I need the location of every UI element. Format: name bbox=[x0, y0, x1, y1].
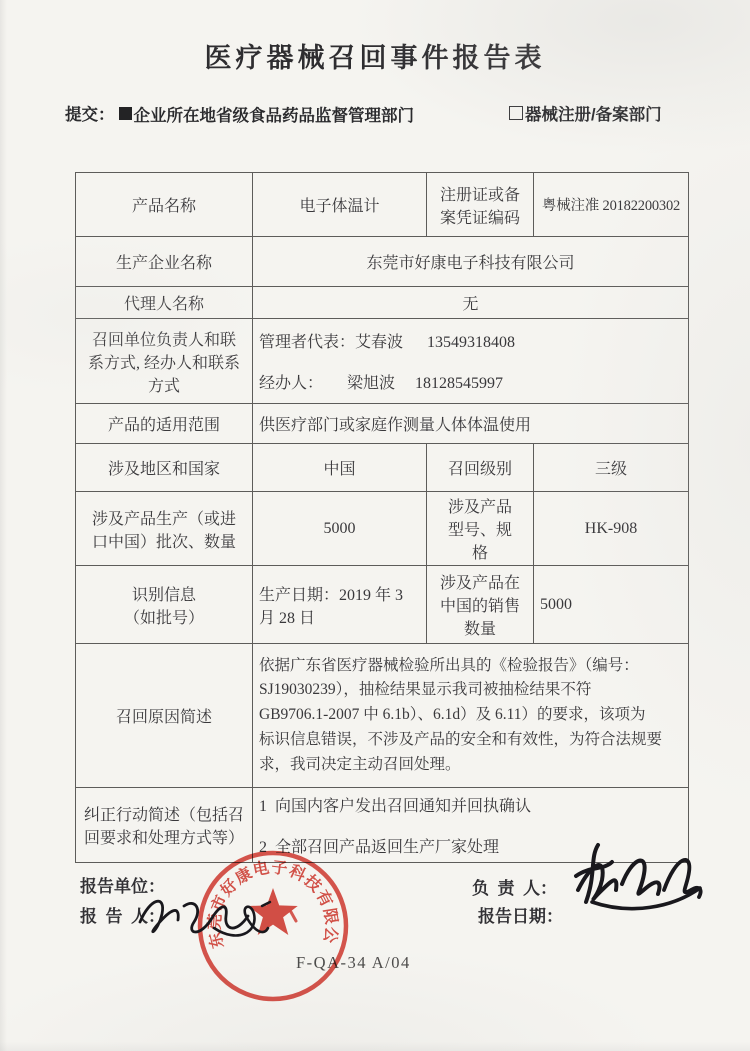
value-manufacturer-name: 东莞市好康电子科技有限公司 bbox=[253, 237, 689, 287]
value-model-spec: HK-908 bbox=[534, 492, 689, 566]
table-row: 召回单位负责人和联 系方式, 经办人和联系 方式 管理者代表：艾春波 13549… bbox=[76, 319, 689, 404]
label-corrective-action: 纠正行动简述（包括召 回要求和处理方式等） bbox=[76, 788, 253, 863]
stamp-star-icon bbox=[248, 888, 297, 935]
label-product-name: 产品名称 bbox=[76, 173, 253, 237]
table-row: 产品名称 电子体温计 注册证或备 案凭证编码 粤械注准 20182200302 bbox=[76, 173, 689, 237]
label-regions-countries: 涉及地区和国家 bbox=[76, 444, 253, 492]
label-agent-name: 代理人名称 bbox=[76, 287, 253, 319]
form-code: F-QA-34 A/04 bbox=[296, 953, 411, 973]
value-china-sales-quantity: 5000 bbox=[534, 566, 689, 644]
action-line-1: 1 向国内客户发出召回通知并回执确认 bbox=[259, 793, 682, 816]
stamp-circle bbox=[200, 853, 346, 999]
table-row: 代理人名称 无 bbox=[76, 287, 689, 319]
table-row: 涉及产品生产（或进 口中国）批次、数量 5000 涉及产品 型号、规 格 HK-… bbox=[76, 492, 689, 566]
submit-option2-label: 器械注册/备案部门 bbox=[525, 101, 662, 125]
label-recall-reason: 召回原因简述 bbox=[76, 644, 253, 788]
value-corrective-action: 1 向国内客户发出召回通知并回执确认 2 全部召回产品返回生产厂家处理 bbox=[253, 788, 689, 863]
table-row: 涉及地区和国家 中国 召回级别 三级 bbox=[76, 444, 689, 492]
value-registration-number: 粤械注准 20182200302 bbox=[534, 173, 689, 237]
label-recall-contacts: 召回单位负责人和联 系方式, 经办人和联系 方式 bbox=[76, 319, 253, 404]
reporter-label: 报 告 人： bbox=[80, 902, 165, 927]
table-row: 生产企业名称 东莞市好康电子科技有限公司 bbox=[76, 237, 689, 287]
checkbox-unchecked-icon bbox=[509, 106, 523, 120]
table-row: 召回原因简述 依据广东省医疗器械检验所出具的《检验报告》（编号： SJ19030… bbox=[76, 644, 689, 788]
submit-option-province: 企业所在地省级食品药品监督管理部门 bbox=[115, 102, 415, 126]
label-batch-quantity: 涉及产品生产（或进 口中国）批次、数量 bbox=[76, 492, 253, 566]
report-unit-label: 报告单位： bbox=[80, 872, 165, 897]
value-intended-use: 供医疗部门或家庭作测量人体体温使用 bbox=[253, 404, 689, 444]
value-agent-name: 无 bbox=[253, 287, 689, 319]
table-row: 识别信息 （如批号） 生产日期：2019 年 3 月 28 日 涉及产品在 中国… bbox=[76, 566, 689, 644]
contact-line-handler: 经办人： 梁旭波 18128545997 bbox=[259, 370, 682, 393]
table-row: 产品的适用范围 供医疗部门或家庭作测量人体体温使用 bbox=[76, 404, 689, 444]
value-production-date: 生产日期：2019 年 3 月 28 日 bbox=[253, 566, 427, 644]
label-recall-level: 召回级别 bbox=[427, 444, 534, 492]
value-regions-countries: 中国 bbox=[253, 444, 427, 492]
recall-report-table: 产品名称 电子体温计 注册证或备 案凭证编码 粤械注准 20182200302 … bbox=[75, 172, 689, 863]
submit-line: 提交：企业所在地省级食品药品监督管理部门 器械注册/备案部门 bbox=[65, 101, 705, 125]
label-manufacturer-name: 生产企业名称 bbox=[76, 237, 253, 287]
submit-label: 提交： bbox=[65, 106, 115, 124]
report-date-label: 报告日期： bbox=[478, 902, 563, 927]
value-recall-level: 三级 bbox=[534, 444, 689, 492]
responsible-person-label: 负 责 人： bbox=[472, 874, 557, 899]
stamp-tick-mark bbox=[291, 912, 296, 921]
contact-line-manager: 管理者代表：艾春波 13549318408 bbox=[259, 329, 682, 352]
label-intended-use: 产品的适用范围 bbox=[76, 404, 253, 444]
label-model-spec: 涉及产品 型号、规 格 bbox=[427, 492, 534, 566]
action-line-2: 2 全部召回产品返回生产厂家处理 bbox=[259, 834, 682, 857]
page-title: 医疗器械召回事件报告表 bbox=[0, 36, 750, 75]
value-batch-quantity: 5000 bbox=[253, 492, 427, 566]
value-recall-reason: 依据广东省医疗器械检验所出具的《检验报告》（编号： SJ19030239），抽检… bbox=[253, 644, 689, 788]
label-registration-number: 注册证或备 案凭证编码 bbox=[427, 173, 534, 237]
label-identification-info: 识别信息 （如批号） bbox=[76, 566, 253, 644]
submit-option1-label: 企业所在地省级食品药品监督管理部门 bbox=[134, 102, 415, 126]
value-product-name: 电子体温计 bbox=[253, 173, 427, 237]
scanned-recall-report-page: 医疗器械召回事件报告表 提交：企业所在地省级食品药品监督管理部门 器械注册/备案… bbox=[0, 0, 750, 1051]
label-china-sales-quantity: 涉及产品在 中国的销售 数量 bbox=[427, 566, 534, 644]
checkbox-checked-icon bbox=[119, 107, 132, 120]
submit-option-registration: 器械注册/备案部门 bbox=[505, 101, 662, 125]
value-recall-contacts: 管理者代表：艾春波 13549318408 经办人： 梁旭波 181285459… bbox=[253, 319, 689, 404]
table-row: 纠正行动简述（包括召 回要求和处理方式等） 1 向国内客户发出召回通知并回执确认… bbox=[76, 788, 689, 863]
